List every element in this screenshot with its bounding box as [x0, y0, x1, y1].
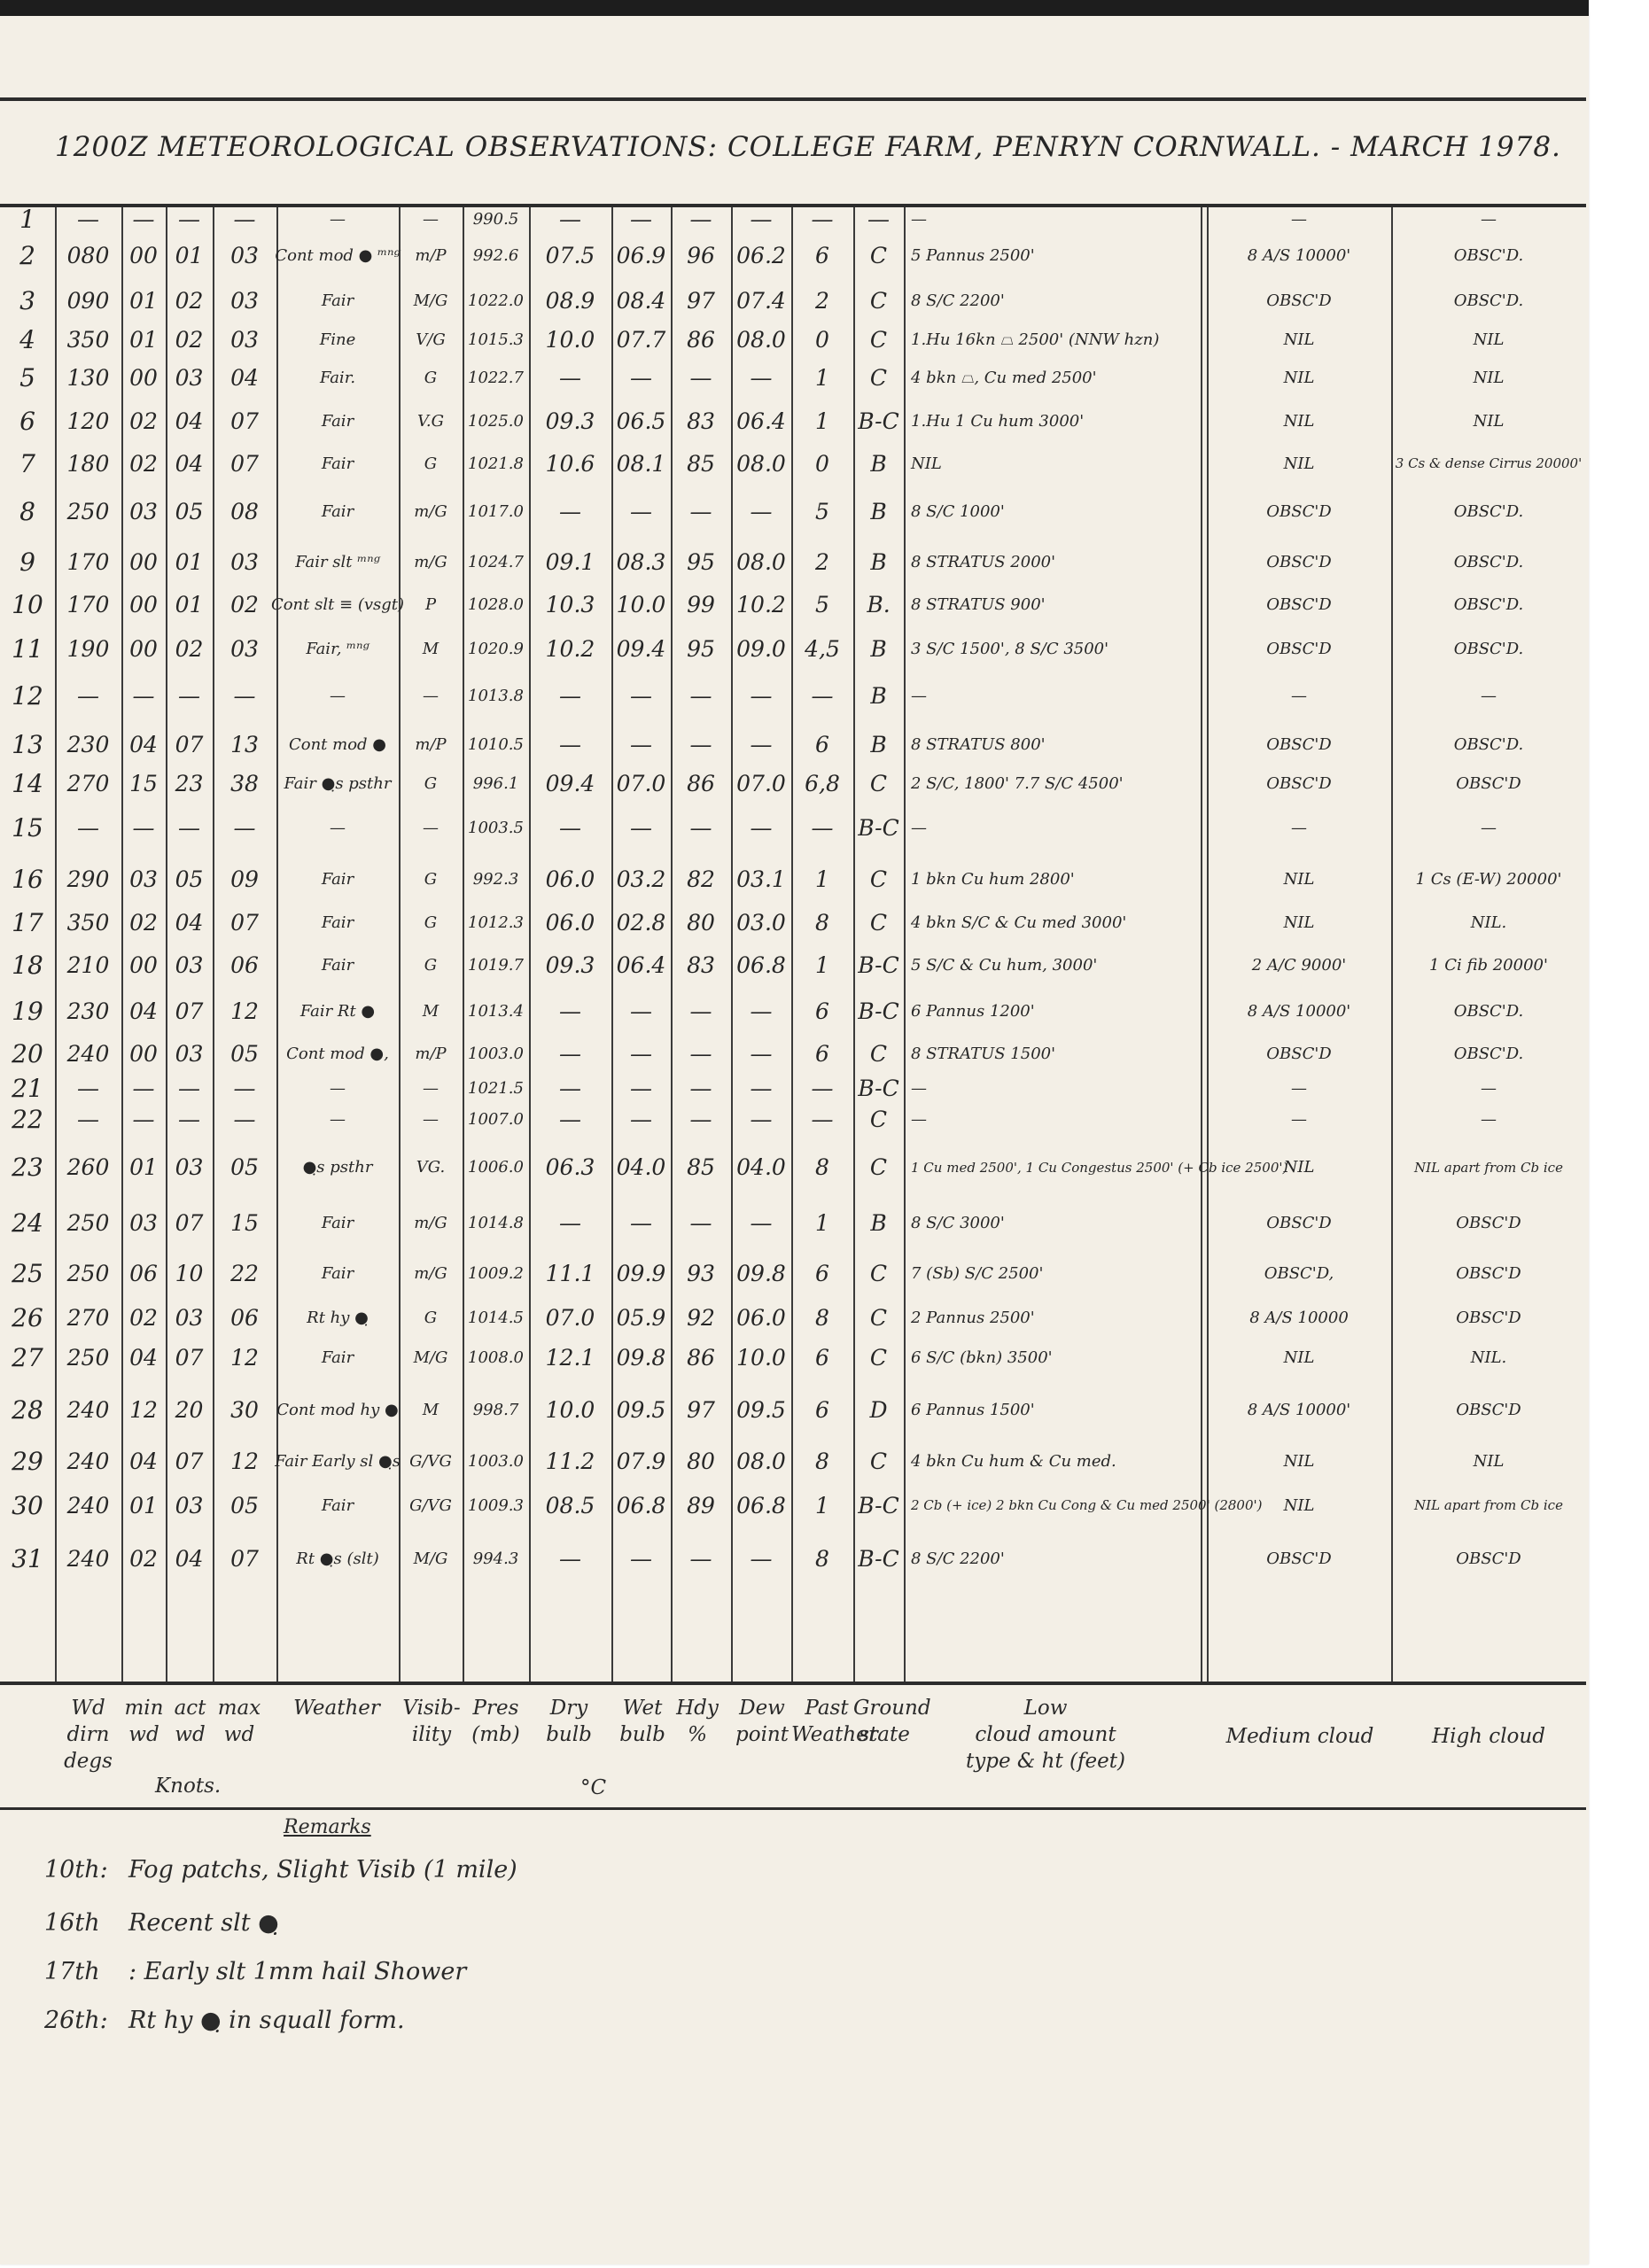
cell-min-wd: — — [121, 1072, 166, 1104]
remark-date: 17th — [44, 1958, 128, 1985]
cell-weather: Fine — [276, 322, 399, 358]
cell-max-wd: 05 — [213, 1036, 276, 1072]
cell-day: 24 — [0, 1200, 55, 1246]
cell-max-wd: — — [213, 799, 276, 856]
table-row: 22——————1007.0—————C——— — [0, 1104, 1586, 1135]
cell-visibility: M/G — [399, 1527, 463, 1589]
cell-high-cloud: NIL apart from Cb ice — [1391, 1483, 1586, 1527]
cell-low-cloud: 1.Hu 1 Cu hum 3000' — [904, 398, 1205, 444]
table-row: 2080000103Cont mod ● ᵐⁿᵍm/P992.607.506.9… — [0, 231, 1586, 280]
cell-max-wd: — — [213, 1072, 276, 1104]
remark-date: 26th: — [44, 2007, 128, 2034]
cell-past-weather: 1 — [791, 856, 853, 902]
cell-day: 20 — [0, 1036, 55, 1072]
cell-medium-cloud: 8 A/S 10000' — [1207, 231, 1391, 280]
table-row: 18210000306FairG1019.709.306.48306.81B-C… — [0, 943, 1586, 987]
cell-pressure: 1021.8 — [463, 444, 529, 483]
header-wet-bulb: Wet bulb — [611, 1695, 673, 1748]
cell-wet-bulb: — — [611, 1200, 671, 1246]
cell-dew-point: 07.4 — [731, 280, 791, 322]
remark-item: 16thRecent slt ●̣ — [44, 1909, 279, 1937]
cell-min-wd: 04 — [121, 1439, 166, 1483]
cell-weather: Fair — [276, 1200, 399, 1246]
cell-ground-state: B — [853, 444, 904, 483]
cell-ground-state: C — [853, 856, 904, 902]
cell-act-wd: 03 — [166, 358, 213, 398]
cell-past-weather: 5 — [791, 483, 853, 540]
cell-max-wd: 07 — [213, 902, 276, 943]
cell-past-weather: 6 — [791, 231, 853, 280]
cell-min-wd: 01 — [121, 322, 166, 358]
cell-max-wd: 05 — [213, 1135, 276, 1200]
cell-min-wd: 00 — [121, 540, 166, 583]
table-row: 12——————1013.8—————B——— — [0, 671, 1586, 721]
cell-past-weather: 8 — [791, 1527, 853, 1589]
cell-visibility: G/VG — [399, 1439, 463, 1483]
cell-dew-point: — — [731, 1527, 791, 1589]
cell-wet-bulb: — — [611, 1527, 671, 1589]
cell-high-cloud: — — [1391, 207, 1586, 231]
cell-wd-dir: 240 — [55, 1036, 121, 1072]
header-medium-cloud: Medium cloud — [1207, 1723, 1393, 1750]
cell-high-cloud: NIL. — [1391, 1334, 1586, 1381]
cell-wet-bulb: 10.0 — [611, 583, 671, 626]
cell-past-weather: 8 — [791, 1135, 853, 1200]
cell-ground-state: C — [853, 1246, 904, 1301]
cell-high-cloud: OBSC'D. — [1391, 721, 1586, 768]
cell-dry-bulb: 08.9 — [529, 280, 611, 322]
cell-ground-state: B-C — [853, 943, 904, 987]
cell-max-wd: 07 — [213, 1527, 276, 1589]
cell-wd-dir: 210 — [55, 943, 121, 987]
cell-dew-point: 10.2 — [731, 583, 791, 626]
cell-day: 14 — [0, 768, 55, 799]
cell-weather: Fair, ᵐⁿᵍ — [276, 626, 399, 671]
cell-humidity: 96 — [671, 231, 731, 280]
cell-humidity: 83 — [671, 398, 731, 444]
cell-humidity: 80 — [671, 1439, 731, 1483]
cell-wd-dir: 230 — [55, 987, 121, 1036]
cell-min-wd: — — [121, 799, 166, 856]
cell-humidity: 86 — [671, 322, 731, 358]
cell-wd-dir: — — [55, 1104, 121, 1135]
cell-humidity: — — [671, 483, 731, 540]
remark-text: Fog patchs, Slight Visib (1 mile) — [128, 1856, 517, 1884]
cell-act-wd: 03 — [166, 1301, 213, 1334]
cell-max-wd: 03 — [213, 322, 276, 358]
cell-min-wd: 02 — [121, 444, 166, 483]
cell-day: 2 — [0, 231, 55, 280]
cell-pressure: 1003.5 — [463, 799, 529, 856]
temperature-units-label: °C — [580, 1776, 606, 1799]
cell-low-cloud: 7 (Sb) S/C 2500' — [904, 1246, 1205, 1301]
cell-min-wd: — — [121, 1104, 166, 1135]
cell-visibility: M/G — [399, 280, 463, 322]
cell-ground-state: B — [853, 626, 904, 671]
cell-ground-state: C — [853, 1104, 904, 1135]
cell-medium-cloud: OBSC'D — [1207, 280, 1391, 322]
cell-humidity: 86 — [671, 1334, 731, 1381]
cell-humidity: — — [671, 1200, 731, 1246]
cell-visibility: — — [399, 671, 463, 721]
cell-dry-bulb: 10.2 — [529, 626, 611, 671]
cell-pressure: 1019.7 — [463, 943, 529, 987]
table-row: 8250030508Fairm/G1017.0————5B8 S/C 1000'… — [0, 483, 1586, 540]
cell-medium-cloud: — — [1207, 207, 1391, 231]
cell-low-cloud: — — [904, 799, 1205, 856]
cell-pressure: 1022.0 — [463, 280, 529, 322]
cell-max-wd: 03 — [213, 280, 276, 322]
cell-weather: — — [276, 1072, 399, 1104]
cell-low-cloud: 6 Pannus 1500' — [904, 1381, 1205, 1439]
cell-humidity: — — [671, 1036, 731, 1072]
cell-pressure: 1025.0 — [463, 398, 529, 444]
cell-act-wd: 07 — [166, 1200, 213, 1246]
cell-low-cloud: 8 S/C 3000' — [904, 1200, 1205, 1246]
cell-act-wd: 05 — [166, 856, 213, 902]
cell-ground-state: C — [853, 1439, 904, 1483]
table-row: 14270152338Fair ●̣s psthrG996.109.407.08… — [0, 768, 1586, 799]
cell-dry-bulb: 09.3 — [529, 398, 611, 444]
cell-dew-point: 08.0 — [731, 1439, 791, 1483]
cell-visibility: V.G — [399, 398, 463, 444]
cell-ground-state: B-C — [853, 398, 904, 444]
cell-humidity: 93 — [671, 1246, 731, 1301]
cell-past-weather: 6 — [791, 721, 853, 768]
cell-low-cloud: — — [904, 671, 1205, 721]
cell-medium-cloud: 8 A/S 10000' — [1207, 1381, 1391, 1439]
cell-weather: Fair — [276, 1334, 399, 1381]
cell-weather: — — [276, 207, 399, 231]
cell-weather: Fair — [276, 856, 399, 902]
page-title: 1200Z METEOROLOGICAL OBSERVATIONS: COLLE… — [55, 131, 1517, 163]
cell-min-wd: 04 — [121, 1334, 166, 1381]
cell-low-cloud: 4 bkn S/C & Cu med 3000' — [904, 902, 1205, 943]
cell-weather: Fair — [276, 444, 399, 483]
cell-high-cloud: OBSC'D. — [1391, 483, 1586, 540]
header-low-cloud: Low cloud amount type & ht (feet) — [913, 1695, 1178, 1775]
table-row: 21——————1021.5—————B-C——— — [0, 1072, 1586, 1104]
cell-ground-state: B-C — [853, 1527, 904, 1589]
cell-min-wd: 00 — [121, 231, 166, 280]
cell-high-cloud: 1 Cs (E-W) 20000' — [1391, 856, 1586, 902]
cell-wet-bulb: — — [611, 207, 671, 231]
cell-act-wd: 04 — [166, 902, 213, 943]
cell-max-wd: 03 — [213, 626, 276, 671]
cell-high-cloud: OBSC'D. — [1391, 1036, 1586, 1072]
cell-visibility: M/G — [399, 1334, 463, 1381]
cell-pressure: 1013.4 — [463, 987, 529, 1036]
cell-dry-bulb: 09.3 — [529, 943, 611, 987]
remark-date: 10th: — [44, 1856, 128, 1884]
cell-low-cloud: — — [904, 207, 1205, 231]
header-weather: Weather — [279, 1695, 394, 1721]
cell-wet-bulb: 09.5 — [611, 1381, 671, 1439]
cell-act-wd: 04 — [166, 398, 213, 444]
cell-day: 23 — [0, 1135, 55, 1200]
cell-pressure: 1014.5 — [463, 1301, 529, 1334]
cell-medium-cloud: NIL — [1207, 322, 1391, 358]
cell-wd-dir: 190 — [55, 626, 121, 671]
cell-wd-dir: 240 — [55, 1381, 121, 1439]
cell-visibility: — — [399, 1072, 463, 1104]
cell-act-wd: 10 — [166, 1246, 213, 1301]
cell-act-wd: 02 — [166, 280, 213, 322]
cell-wd-dir: 250 — [55, 1200, 121, 1246]
cell-ground-state: C — [853, 1301, 904, 1334]
cell-visibility: G — [399, 444, 463, 483]
cell-day: 3 — [0, 280, 55, 322]
cell-visibility: G — [399, 358, 463, 398]
cell-dry-bulb: — — [529, 1527, 611, 1589]
cell-visibility: G — [399, 943, 463, 987]
cell-pressure: 1024.7 — [463, 540, 529, 583]
cell-day: 4 — [0, 322, 55, 358]
cell-high-cloud: NIL — [1391, 1439, 1586, 1483]
cell-dry-bulb: 06.0 — [529, 902, 611, 943]
cell-pressure: 1013.8 — [463, 671, 529, 721]
cell-humidity: — — [671, 671, 731, 721]
cell-day: 5 — [0, 358, 55, 398]
cell-medium-cloud: OBSC'D — [1207, 583, 1391, 626]
cell-weather: Fair Early sl ●̣s — [276, 1439, 399, 1483]
header-past-weather: Past Weather — [791, 1695, 862, 1748]
cell-dew-point: — — [731, 358, 791, 398]
cell-wet-bulb: 02.8 — [611, 902, 671, 943]
cell-low-cloud: 8 STRATUS 800' — [904, 721, 1205, 768]
observations-table: 1——————990.5—————————2080000103Cont mod … — [0, 207, 1586, 1682]
cell-act-wd: 03 — [166, 1135, 213, 1200]
cell-max-wd: 09 — [213, 856, 276, 902]
cell-dew-point: 03.1 — [731, 856, 791, 902]
cell-wd-dir: 350 — [55, 902, 121, 943]
cell-ground-state: C — [853, 231, 904, 280]
header-dry-bulb: Dry bulb — [529, 1695, 609, 1748]
cell-low-cloud: 1.Hu 16kn ⏢ 2500' (NNW hzn) — [904, 322, 1205, 358]
cell-max-wd: 22 — [213, 1246, 276, 1301]
cell-dew-point: 06.8 — [731, 1483, 791, 1527]
table-row: 7180020407FairG1021.810.608.18508.00BNIL… — [0, 444, 1586, 483]
cell-wd-dir: 270 — [55, 1301, 121, 1334]
remark-item: 26th:Rt hy ●̣ in squall form. — [44, 2007, 405, 2034]
cell-act-wd: 01 — [166, 231, 213, 280]
remark-text: : Early slt 1mm hail Shower — [128, 1958, 466, 1985]
cell-high-cloud: NIL — [1391, 358, 1586, 398]
cell-dew-point: 10.0 — [731, 1334, 791, 1381]
cell-min-wd: 01 — [121, 1483, 166, 1527]
cell-min-wd: 03 — [121, 1200, 166, 1246]
cell-wd-dir: — — [55, 671, 121, 721]
cell-ground-state: B-C — [853, 1072, 904, 1104]
cell-day: 13 — [0, 721, 55, 768]
header-wd-dir: Wd dirn degs — [55, 1695, 121, 1775]
cell-act-wd: — — [166, 671, 213, 721]
cell-day: 1 — [0, 207, 55, 231]
cell-dry-bulb: 09.4 — [529, 768, 611, 799]
cell-ground-state: D — [853, 1381, 904, 1439]
cell-act-wd: 07 — [166, 1334, 213, 1381]
remark-date: 16th — [44, 1909, 128, 1937]
cell-high-cloud: — — [1391, 1072, 1586, 1104]
cell-ground-state: B — [853, 721, 904, 768]
cell-pressure: 1017.0 — [463, 483, 529, 540]
cell-medium-cloud: 8 A/S 10000 — [1207, 1301, 1391, 1334]
cell-day: 16 — [0, 856, 55, 902]
table-row: 16290030509FairG992.306.003.28203.11C1 b… — [0, 856, 1586, 902]
cell-max-wd: 08 — [213, 483, 276, 540]
cell-visibility: G/VG — [399, 1483, 463, 1527]
cell-high-cloud: NIL. — [1391, 902, 1586, 943]
cell-day: 30 — [0, 1483, 55, 1527]
cell-wd-dir: 290 — [55, 856, 121, 902]
cell-ground-state: B-C — [853, 799, 904, 856]
cell-medium-cloud: NIL — [1207, 1135, 1391, 1200]
cell-high-cloud: NIL — [1391, 398, 1586, 444]
cell-dry-bulb: — — [529, 799, 611, 856]
header-dew-point: Dew point — [731, 1695, 793, 1748]
cell-max-wd: — — [213, 207, 276, 231]
remarks-title: Remarks — [284, 1816, 371, 1838]
cell-low-cloud: 8 S/C 1000' — [904, 483, 1205, 540]
cell-weather: ●̣s psthr — [276, 1135, 399, 1200]
header-bottom-rule — [0, 1807, 1586, 1810]
cell-weather: — — [276, 671, 399, 721]
cell-medium-cloud: OBSC'D — [1207, 483, 1391, 540]
cell-wet-bulb: 07.7 — [611, 322, 671, 358]
cell-ground-state: C — [853, 358, 904, 398]
cell-visibility: — — [399, 799, 463, 856]
cell-dry-bulb: 06.3 — [529, 1135, 611, 1200]
column-headers: Wd dirn degsmin wdact wdmax wdWeatherVis… — [0, 1688, 1586, 1807]
cell-max-wd: 05 — [213, 1483, 276, 1527]
header-min-wd: min wd — [120, 1695, 168, 1748]
cell-past-weather: — — [791, 671, 853, 721]
cell-low-cloud: 4 bkn Cu hum & Cu med. — [904, 1439, 1205, 1483]
cell-medium-cloud: — — [1207, 1072, 1391, 1104]
cell-past-weather: 1 — [791, 1483, 853, 1527]
cell-high-cloud: OBSC'D — [1391, 1200, 1586, 1246]
cell-wet-bulb: 08.4 — [611, 280, 671, 322]
cell-dew-point: 09.0 — [731, 626, 791, 671]
cell-dew-point: — — [731, 1072, 791, 1104]
cell-high-cloud: OBSC'D. — [1391, 626, 1586, 671]
table-row: 26270020306Rt hy ●̣G1014.507.005.99206.0… — [0, 1301, 1586, 1334]
cell-max-wd: 12 — [213, 1334, 276, 1381]
cell-low-cloud: NIL — [904, 444, 1205, 483]
cell-ground-state: B. — [853, 583, 904, 626]
cell-dry-bulb: 11.1 — [529, 1246, 611, 1301]
cell-wet-bulb: — — [611, 1072, 671, 1104]
cell-dry-bulb: — — [529, 987, 611, 1036]
cell-past-weather: 5 — [791, 583, 853, 626]
cell-ground-state: — — [853, 207, 904, 231]
cell-low-cloud: 2 Pannus 2500' — [904, 1301, 1205, 1334]
cell-weather: Cont mod hy ● — [276, 1381, 399, 1439]
cell-min-wd: 15 — [121, 768, 166, 799]
cell-medium-cloud: OBSC'D — [1207, 540, 1391, 583]
cell-humidity: — — [671, 1104, 731, 1135]
header-act-wd: act wd — [166, 1695, 214, 1748]
cell-past-weather: 8 — [791, 1439, 853, 1483]
cell-day: 22 — [0, 1104, 55, 1135]
remark-item: 10th:Fog patchs, Slight Visib (1 mile) — [44, 1856, 517, 1884]
cell-weather: Fair slt ᵐⁿᵍ — [276, 540, 399, 583]
cell-medium-cloud: NIL — [1207, 398, 1391, 444]
cell-act-wd: — — [166, 799, 213, 856]
remark-text: Recent slt ●̣ — [128, 1909, 279, 1937]
cell-low-cloud: 8 STRATUS 2000' — [904, 540, 1205, 583]
cell-humidity: 85 — [671, 1135, 731, 1200]
cell-act-wd: 07 — [166, 721, 213, 768]
cell-wd-dir: 130 — [55, 358, 121, 398]
cell-high-cloud: OBSC'D — [1391, 1381, 1586, 1439]
cell-day: 21 — [0, 1072, 55, 1104]
cell-act-wd: 03 — [166, 943, 213, 987]
cell-high-cloud: 1 Ci fib 20000' — [1391, 943, 1586, 987]
cell-weather: Fair. — [276, 358, 399, 398]
cell-humidity: 97 — [671, 280, 731, 322]
cell-day: 15 — [0, 799, 55, 856]
cell-high-cloud: OBSC'D — [1391, 1527, 1586, 1589]
cell-min-wd: 00 — [121, 358, 166, 398]
cell-ground-state: B — [853, 1200, 904, 1246]
cell-pressure: 1003.0 — [463, 1439, 529, 1483]
cell-wet-bulb: 09.9 — [611, 1246, 671, 1301]
cell-ground-state: B — [853, 483, 904, 540]
cell-dew-point: 06.2 — [731, 231, 791, 280]
cell-ground-state: C — [853, 768, 904, 799]
cell-humidity: — — [671, 1072, 731, 1104]
cell-dry-bulb: — — [529, 207, 611, 231]
remark-item: 17th: Early slt 1mm hail Shower — [44, 1958, 466, 1985]
cell-max-wd: 07 — [213, 444, 276, 483]
cell-past-weather: 2 — [791, 280, 853, 322]
cell-humidity: 82 — [671, 856, 731, 902]
cell-wd-dir: 250 — [55, 483, 121, 540]
cell-humidity: 89 — [671, 1483, 731, 1527]
cell-min-wd: 03 — [121, 483, 166, 540]
cell-dry-bulb: 07.0 — [529, 1301, 611, 1334]
cell-min-wd: 02 — [121, 1301, 166, 1334]
cell-act-wd: 07 — [166, 1439, 213, 1483]
cell-ground-state: C — [853, 322, 904, 358]
cell-low-cloud: 6 S/C (bkn) 3500' — [904, 1334, 1205, 1381]
cell-wet-bulb: 05.9 — [611, 1301, 671, 1334]
cell-high-cloud: OBSC'D. — [1391, 583, 1586, 626]
cell-min-wd: 12 — [121, 1381, 166, 1439]
cell-dew-point: 08.0 — [731, 444, 791, 483]
cell-wd-dir: 120 — [55, 398, 121, 444]
cell-pressure: 1003.0 — [463, 1036, 529, 1072]
cell-low-cloud: 5 Pannus 2500' — [904, 231, 1205, 280]
cell-min-wd: 02 — [121, 902, 166, 943]
cell-low-cloud: 8 STRATUS 900' — [904, 583, 1205, 626]
cell-max-wd: 06 — [213, 943, 276, 987]
cell-ground-state: B-C — [853, 987, 904, 1036]
cell-wd-dir: 250 — [55, 1334, 121, 1381]
cell-wd-dir: 170 — [55, 540, 121, 583]
cell-wet-bulb: — — [611, 1036, 671, 1072]
table-row: 9170000103Fair slt ᵐⁿᵍm/G1024.709.108.39… — [0, 540, 1586, 583]
wind-units-label: Knots. — [155, 1775, 221, 1798]
cell-wet-bulb: — — [611, 799, 671, 856]
cell-dry-bulb: — — [529, 1036, 611, 1072]
cell-weather: Fair — [276, 483, 399, 540]
cell-medium-cloud: NIL — [1207, 358, 1391, 398]
cell-ground-state: C — [853, 902, 904, 943]
cell-day: 27 — [0, 1334, 55, 1381]
header-pressure: Pres (mb) — [463, 1695, 529, 1748]
